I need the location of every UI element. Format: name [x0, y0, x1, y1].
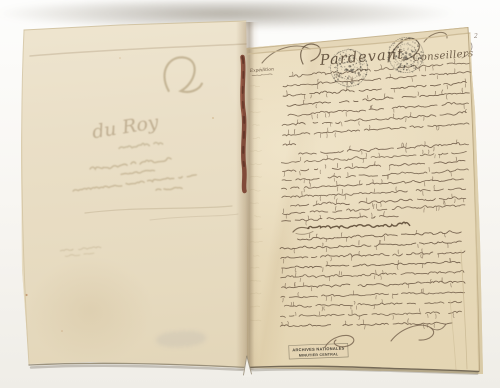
folio-number: 2 [473, 33, 478, 40]
gutter-shadow [236, 22, 259, 370]
manuscript-photo: du Roy Pardevant Conseillers Expédition … [0, 0, 500, 388]
